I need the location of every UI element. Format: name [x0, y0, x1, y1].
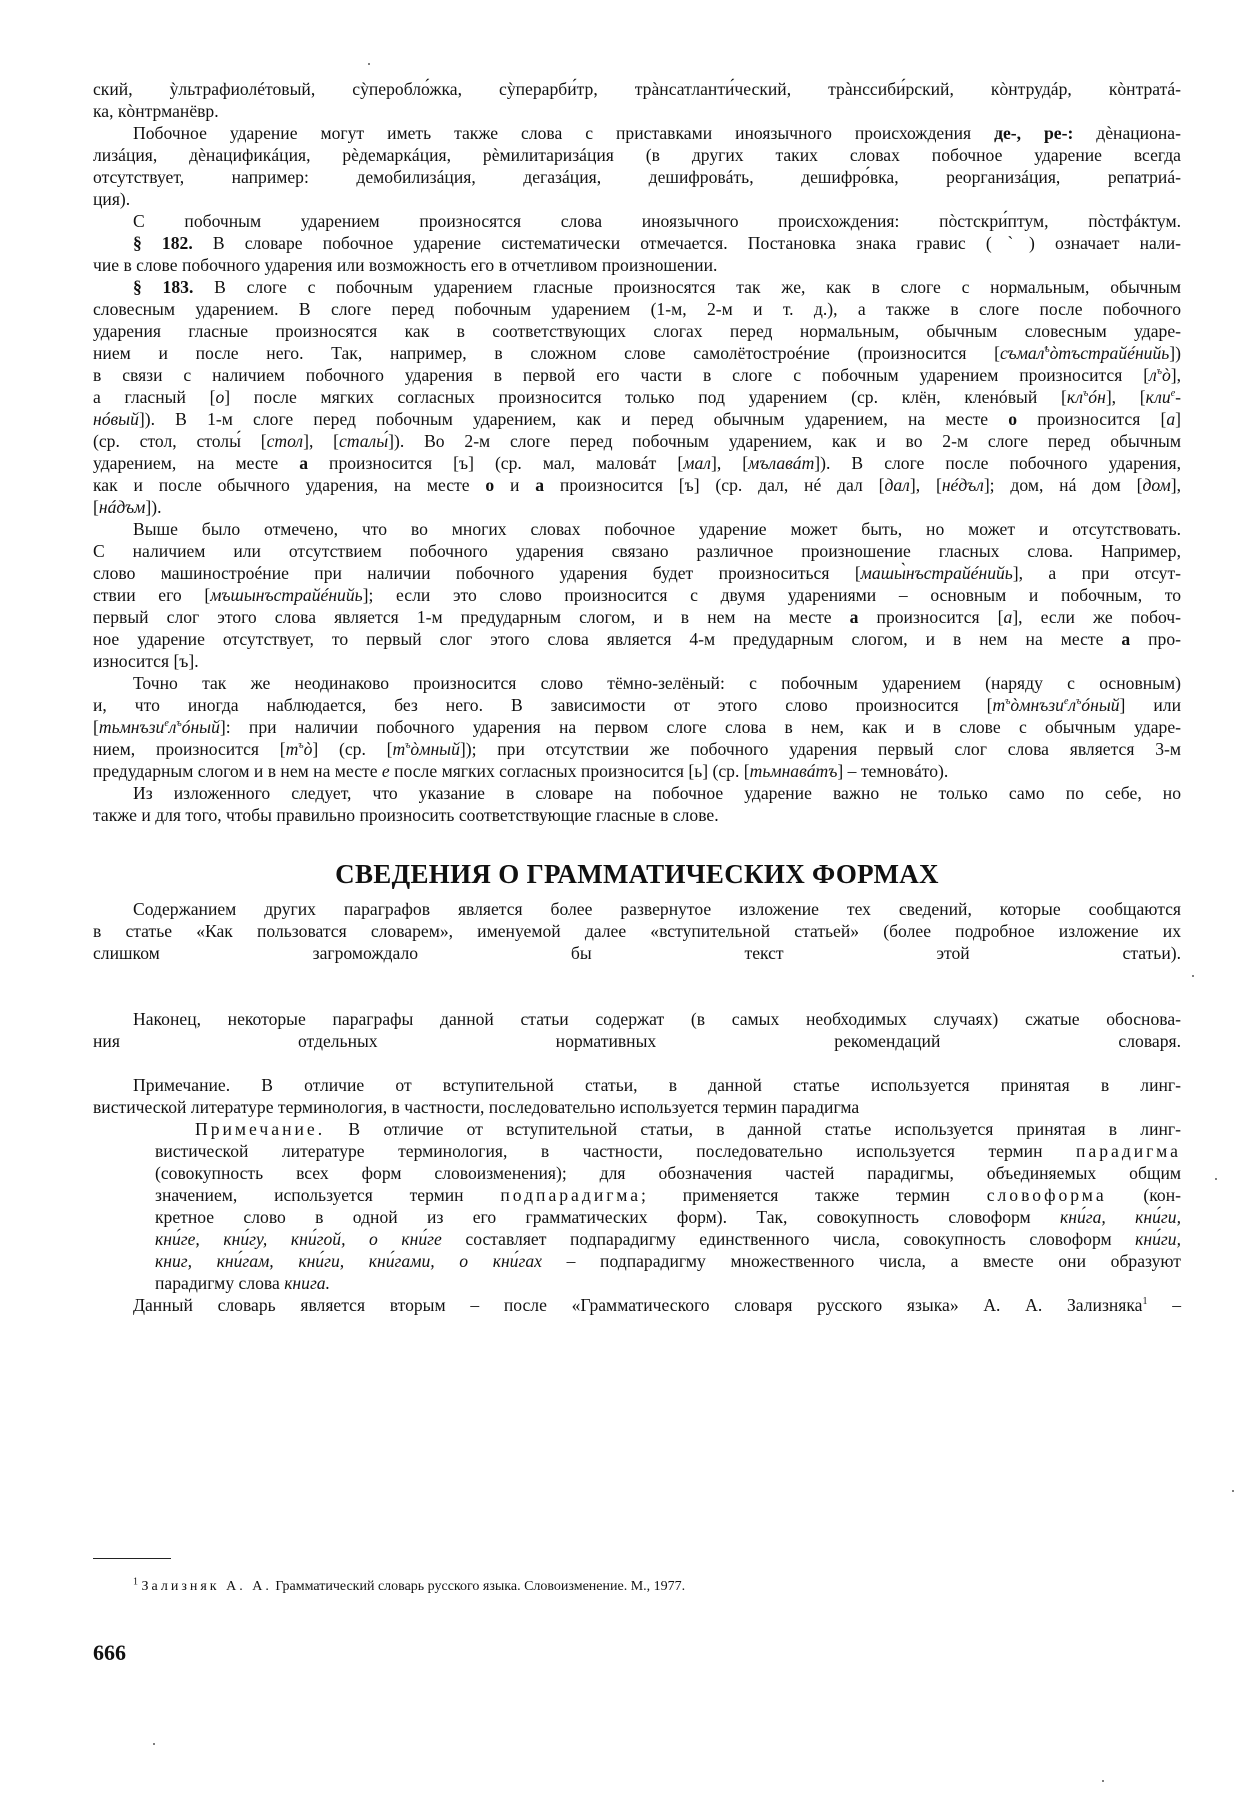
text-line	[93, 1382, 1181, 1404]
paragraph: ский, ỳльтрафиолéтовый, сỳперобло́жка, с…	[93, 78, 1181, 122]
text-line	[93, 1316, 1181, 1338]
text-line: в связи с наличием побочного ударения в …	[93, 364, 1181, 386]
text-line: [тьмнъзиелъóный]: при наличии побочного …	[93, 716, 1181, 738]
text-line: в статье «Как пользоватся словарем», име…	[93, 920, 1181, 942]
text-line	[93, 1338, 1181, 1360]
text-line: чие в слове побочного ударения или возмо…	[93, 254, 1181, 276]
text-line: износится [ъ].	[93, 650, 1181, 672]
footnote-text: Грамматический словарь русского языка. С…	[272, 1579, 685, 1594]
text-line: Данный словарь является вторым – после «…	[93, 1294, 1181, 1316]
text-line: ударения гласные произносятся как в соот…	[93, 320, 1181, 342]
text-line: С наличием или отсутствием побочного уда…	[93, 540, 1181, 562]
text-line	[93, 1492, 1181, 1514]
text-line: значением, используется термин подпаради…	[93, 1184, 1181, 1206]
paragraph: С побочным ударением произносятся слова …	[93, 210, 1181, 232]
text-line: ский, ỳльтрафиолéтовый, сỳперобло́жка, с…	[93, 78, 1181, 100]
text-line: ка, кòнтрманёвр.	[93, 100, 1181, 122]
text-line: нием, произносится [тъò] (ср. [тъòмный])…	[93, 738, 1181, 760]
text-line: вистической литературе терминология, в ч…	[93, 1096, 1181, 1118]
text-line	[93, 1470, 1181, 1492]
text-line: слишком загромождало бы текст этой стать…	[93, 942, 1181, 964]
text-line: книг, кни́гам, кни́ги, кни́гами, о кни́г…	[93, 1250, 1181, 1272]
text-line	[93, 1052, 1181, 1074]
paragraph: Побочное ударение могут иметь также слов…	[93, 122, 1181, 210]
text-line: кни́ге, кни́гу, кни́гой, о кни́ге состав…	[93, 1228, 1181, 1250]
paragraph: Выше было отмечено, что во многих словах…	[93, 518, 1181, 672]
text-line: (совокупность всех форм словоизменения);…	[93, 1162, 1181, 1184]
text-line: Из изложенного следует, что указание в с…	[93, 782, 1181, 804]
text-line: Наконец, некоторые параграфы данной стат…	[93, 1008, 1181, 1030]
text-line	[93, 964, 1181, 986]
scan-speck	[1215, 1178, 1217, 1180]
text-line	[93, 1404, 1181, 1426]
text-line: отсутствует, например: демобилизáция, де…	[93, 166, 1181, 188]
page-number: 666	[93, 1640, 126, 1666]
document-page: ский, ỳльтрафиолéтовый, сỳперобло́жка, с…	[93, 78, 1181, 1597]
text-line	[93, 1448, 1181, 1470]
text-line: первый слог этого слова является 1-м пре…	[93, 606, 1181, 628]
footnote-rule	[93, 1558, 171, 1559]
paragraph: Точно так же неодинаково произносится сл…	[93, 672, 1181, 782]
footnote-marker: 1	[133, 1576, 138, 1587]
footnote-author: Зализняк А. А.	[142, 1579, 272, 1594]
text-line: лизáция, дèнацификáция, рèдемаркáция, рè…	[93, 144, 1181, 166]
note-block: Примечание. В отличие от вступительной с…	[93, 1118, 1181, 1294]
text-line	[93, 1360, 1181, 1382]
scan-speck	[368, 63, 370, 65]
paragraph-183: § 183. В слоге с побочным ударением глас…	[93, 276, 1181, 518]
text-line: нóвый]). В 1-м слоге перед побочным удар…	[93, 408, 1181, 430]
text-line: С побочным ударением произносятся слова …	[93, 210, 1181, 232]
text-line: Побочное ударение могут иметь также слов…	[93, 122, 1181, 144]
scan-speck	[153, 1743, 155, 1745]
text-line: § 182. В словаре побочное ударение систе…	[93, 232, 1181, 254]
text-line	[93, 986, 1181, 1008]
text-line: также и для того, чтобы правильно произн…	[93, 804, 1181, 826]
text-line: § 183. В слоге с побочным ударением глас…	[93, 276, 1181, 298]
text-line: ствии его [мъшынъстрайéнийь]; если это с…	[93, 584, 1181, 606]
text-line: Выше было отмечено, что во многих словах…	[93, 518, 1181, 540]
text-line: кретное слово в одной из его грамматичес…	[93, 1206, 1181, 1228]
paragraph-182: § 182. В словаре побочное ударение систе…	[93, 232, 1181, 276]
paragraph: Примечание. В отличие от вступительной с…	[93, 1074, 1181, 1118]
text-line: ударением, на месте а произносится [ъ] (…	[93, 452, 1181, 474]
text-line: парадигму слова книга.	[93, 1272, 1181, 1294]
text-line: и, что иногда наблюдается, без него. В з…	[93, 694, 1181, 716]
text-line: (ср. стол, столы́ [стол], [сталы́]). Во …	[93, 430, 1181, 452]
section-title: СВЕДЕНИЯ О ГРАММАТИЧЕСКИХ ФОРМАХ	[93, 852, 1181, 896]
text-line: ния отдельных нормативных рекомендаций с…	[93, 1030, 1181, 1052]
paragraph: Из изложенного следует, что указание в с…	[93, 782, 1181, 826]
text-line: нием и после него. Так, например, в слож…	[93, 342, 1181, 364]
text-line: вистической литературе терминология, в ч…	[93, 1140, 1181, 1162]
paragraph: Данный словарь является вторым – после «…	[93, 1294, 1181, 1514]
text-line: предударным слогом и в нем на месте е по…	[93, 760, 1181, 782]
scan-speck	[1102, 1780, 1104, 1782]
text-line: Содержанием других параграфов является б…	[93, 898, 1181, 920]
text-line: ция).	[93, 188, 1181, 210]
paragraph: Содержанием других параграфов является б…	[93, 898, 1181, 1008]
footnote: 1 Зализняк А. А. Грамматический словарь …	[93, 1577, 1181, 1597]
text-line	[93, 1426, 1181, 1448]
text-line: слово машиностроéние при наличии побочно…	[93, 562, 1181, 584]
text-line: а гласный [о] после мягких согласных про…	[93, 386, 1181, 408]
text-line: [нáдъм]).	[93, 496, 1181, 518]
text-line: как и после обычного ударения, на месте …	[93, 474, 1181, 496]
scan-speck	[1232, 1490, 1234, 1492]
text-line: Точно так же неодинаково произносится сл…	[93, 672, 1181, 694]
text-line: словесным ударением. В слоге перед побоч…	[93, 298, 1181, 320]
text-line: Примечание. В отличие от вступительной с…	[93, 1118, 1181, 1140]
scan-speck	[1192, 975, 1194, 977]
text-line: ное ударение отсутствует, то первый слог…	[93, 628, 1181, 650]
text-line: Примечание. В отличие от вступительной с…	[93, 1074, 1181, 1096]
paragraph: Наконец, некоторые параграфы данной стат…	[93, 1008, 1181, 1074]
